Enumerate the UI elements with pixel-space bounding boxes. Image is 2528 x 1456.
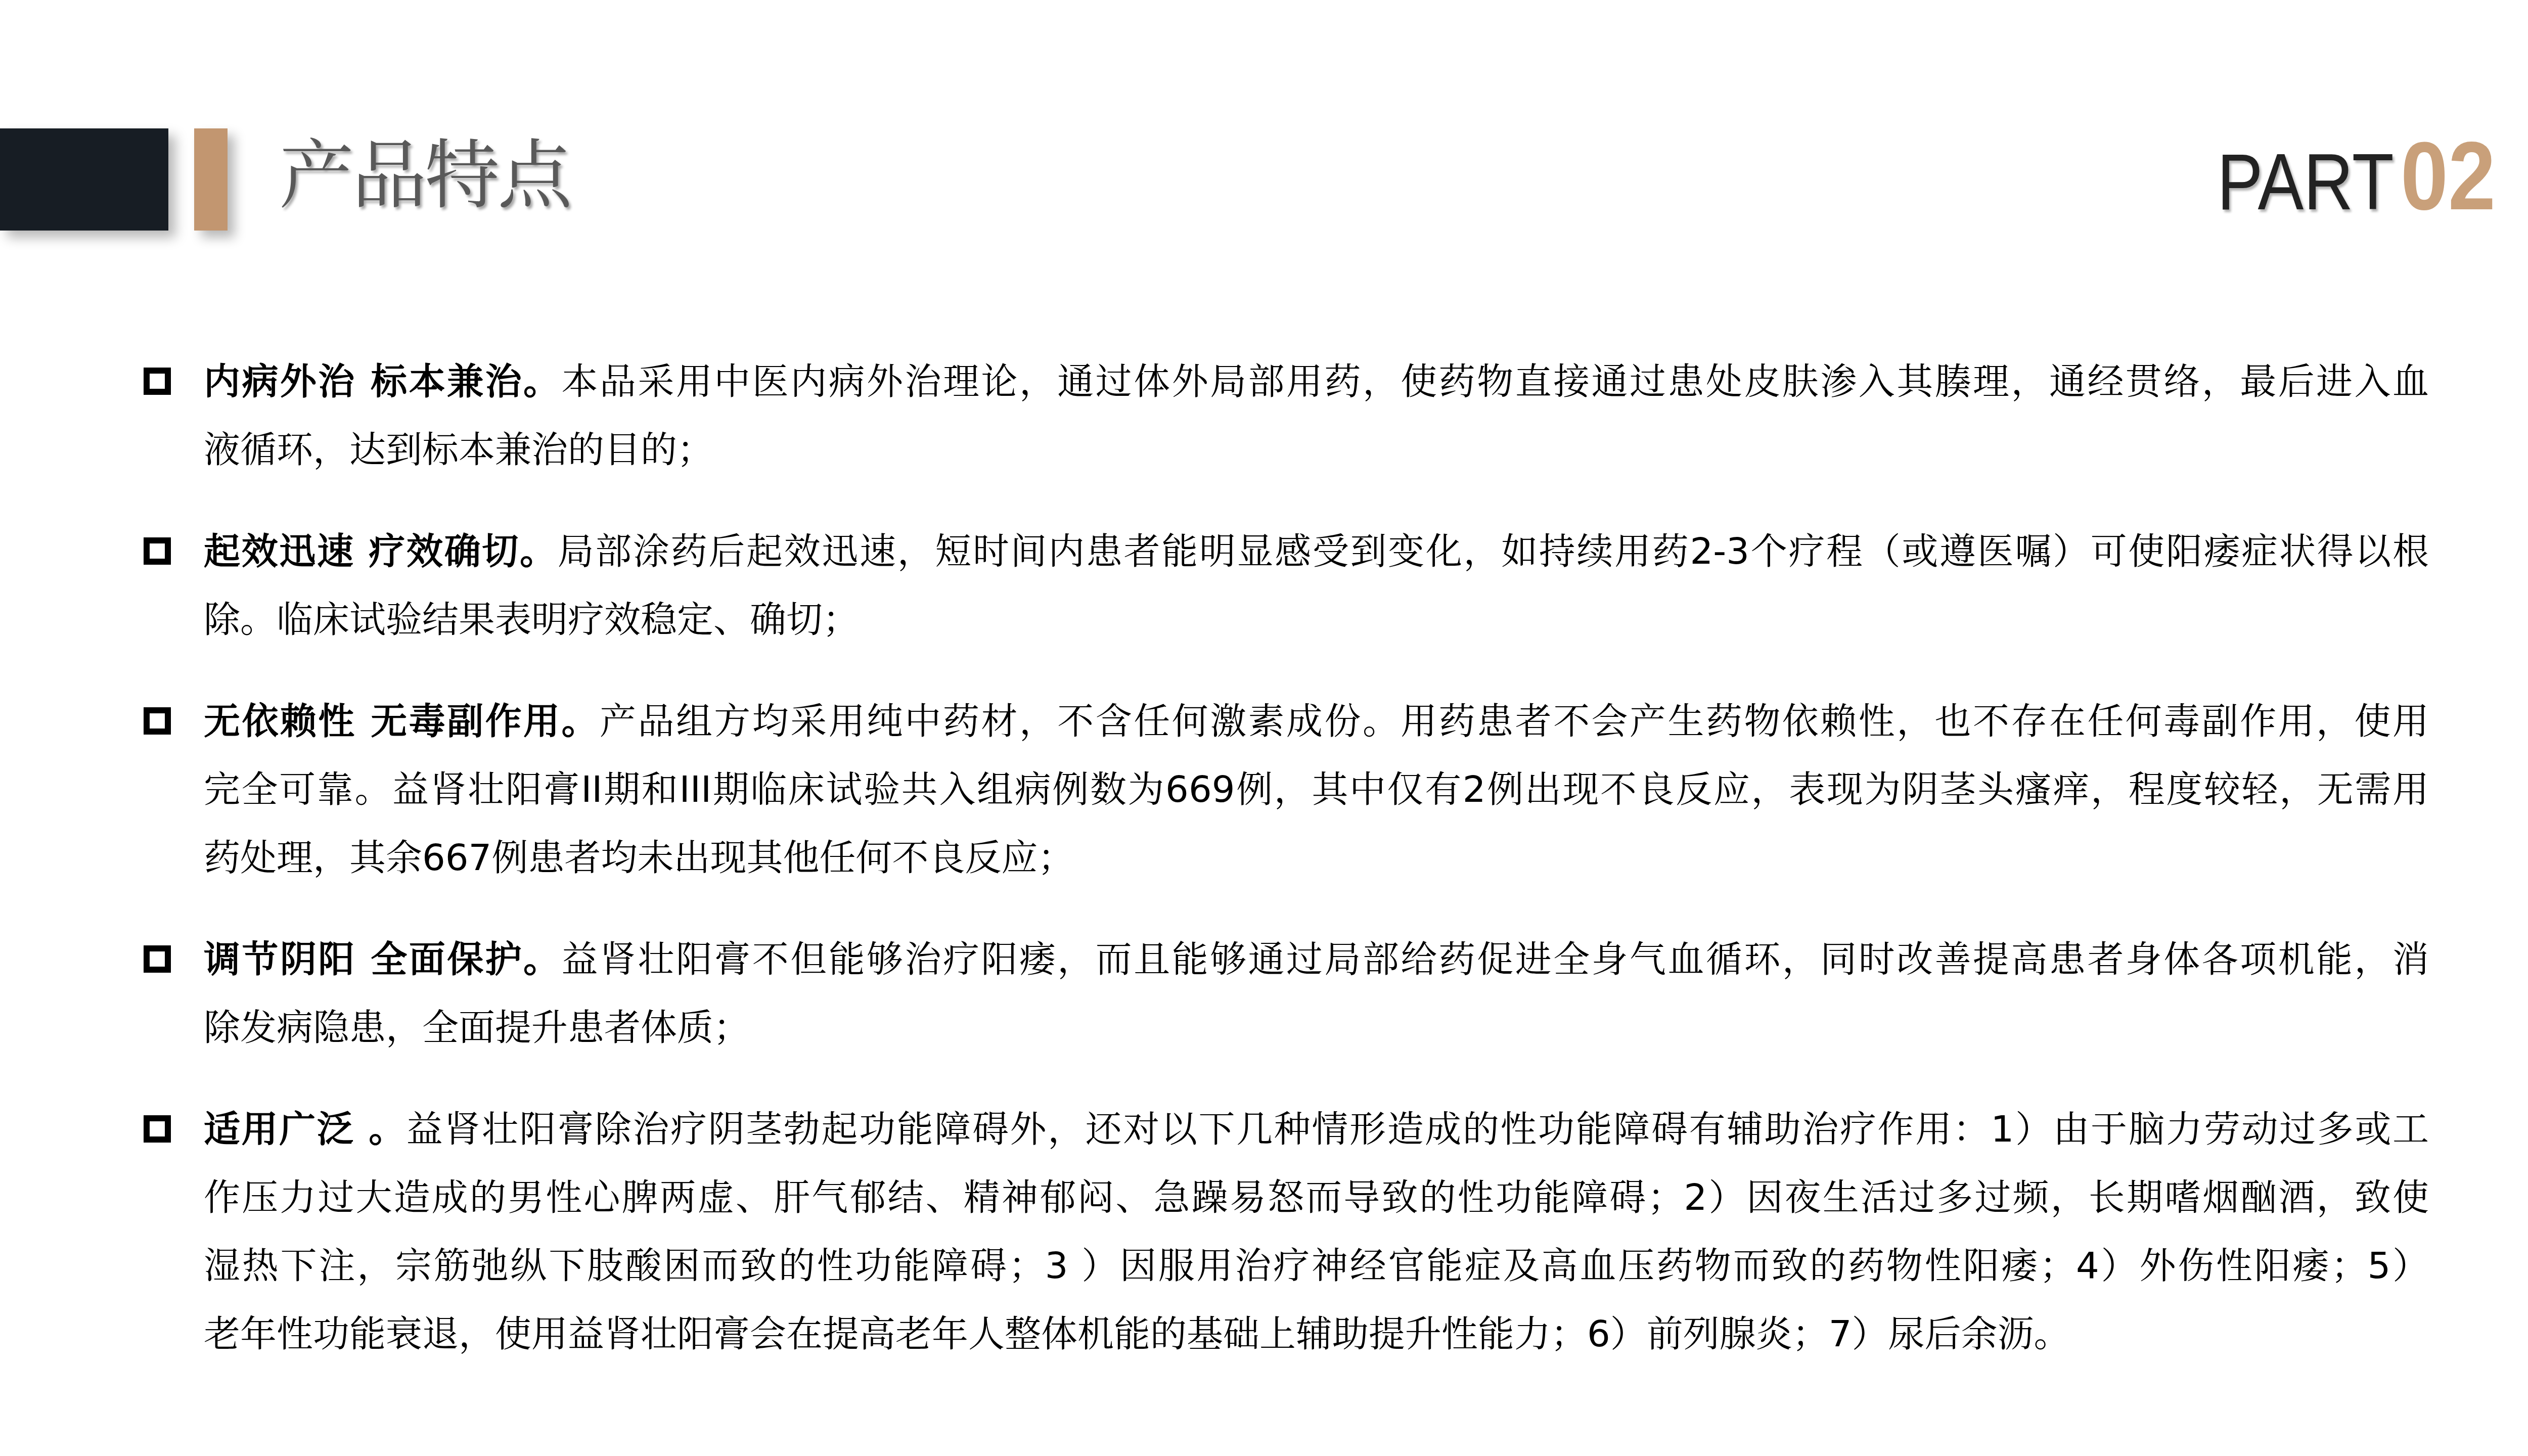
- feature-line: 湿热下注，宗筋弛纵下肢酸困而致的性功能障碍；3 ）因服用治疗神经官能症及高血压药…: [204, 1232, 2429, 1300]
- feature-line: 内病外治 标本兼治。本品采用中医内病外治理论，通过体外局部用药，使药物直接通过患…: [204, 347, 2429, 416]
- feature-line: 无依赖性 无毒副作用。产品组方均采用纯中药材，不含任何激素成份。用药患者不会产生…: [204, 687, 2429, 755]
- feature-line: 除发病隐患，全面提升患者体质；: [204, 993, 2429, 1062]
- feature-line: 药处理，其余667例患者均未出现其他任何不良反应；: [204, 824, 2429, 892]
- feature-line: 调节阴阳 全面保护。益肾壮阳膏不但能够治疗阳痿，而且能够通过局部给药促进全身气血…: [204, 925, 2429, 993]
- square-bullet-icon: [144, 537, 171, 565]
- part-label: PART 02: [2188, 130, 2509, 221]
- feature-line: 完全可靠。益肾壮阳膏II期和III期临床试验共入组病例数为669例，其中仅有2例…: [204, 755, 2429, 824]
- square-bullet-icon: [144, 1115, 171, 1143]
- square-bullet-icon: [144, 945, 171, 973]
- feature-list: 内病外治 标本兼治。本品采用中医内病外治理论，通过体外局部用药，使药物直接通过患…: [144, 347, 2429, 1401]
- feature-lead: 起效迅速 疗效确切。: [204, 530, 558, 572]
- feature-item: 起效迅速 疗效确切。局部涂药后起效迅速，短时间内患者能明显感受到变化，如持续用药…: [144, 517, 2429, 654]
- feature-line: 起效迅速 疗效确切。局部涂药后起效迅速，短时间内患者能明显感受到变化，如持续用药…: [204, 517, 2429, 585]
- feature-line: 适用广泛 。益肾壮阳膏除治疗阴茎勃起功能障碍外，还对以下几种情形造成的性功能障碍…: [204, 1095, 2429, 1163]
- feature-lead: 调节阴阳 全面保护。: [204, 938, 562, 980]
- feature-item: 调节阴阳 全面保护。益肾壮阳膏不但能够治疗阳痿，而且能够通过局部给药促进全身气血…: [144, 925, 2429, 1062]
- slide: 产品特点 PART 02 内病外治 标本兼治。本品采用中医内病外治理论，通过体外…: [0, 0, 2528, 1456]
- part-number: 02: [2401, 130, 2496, 221]
- feature-line: 作压力过大造成的男性心脾两虚、肝气郁结、精神郁闷、急躁易怒而导致的性功能障碍；2…: [204, 1163, 2429, 1232]
- part-word: PART: [2217, 136, 2394, 227]
- feature-line: 除。临床试验结果表明疗效稳定、确切；: [204, 585, 2429, 654]
- feature-item: 内病外治 标本兼治。本品采用中医内病外治理论，通过体外局部用药，使药物直接通过患…: [144, 347, 2429, 484]
- feature-line: 老年性功能衰退，使用益肾壮阳膏会在提高老年人整体机能的基础上辅助提升性能力；6）…: [204, 1300, 2429, 1368]
- feature-item: 无依赖性 无毒副作用。产品组方均采用纯中药材，不含任何激素成份。用药患者不会产生…: [144, 687, 2429, 892]
- square-bullet-icon: [144, 368, 171, 395]
- feature-line: 液循环，达到标本兼治的目的；: [204, 416, 2429, 484]
- page-title: 产品特点: [279, 132, 570, 218]
- feature-lead: 适用广泛 。: [204, 1108, 407, 1150]
- square-bullet-icon: [144, 707, 171, 735]
- feature-lead: 无依赖性 无毒副作用。: [204, 700, 600, 742]
- feature-item: 适用广泛 。益肾壮阳膏除治疗阴茎勃起功能障碍外，还对以下几种情形造成的性功能障碍…: [144, 1095, 2429, 1368]
- header-dark-block: [0, 128, 168, 231]
- feature-lead: 内病外治 标本兼治。: [204, 360, 562, 402]
- header-accent-bar: [194, 128, 228, 231]
